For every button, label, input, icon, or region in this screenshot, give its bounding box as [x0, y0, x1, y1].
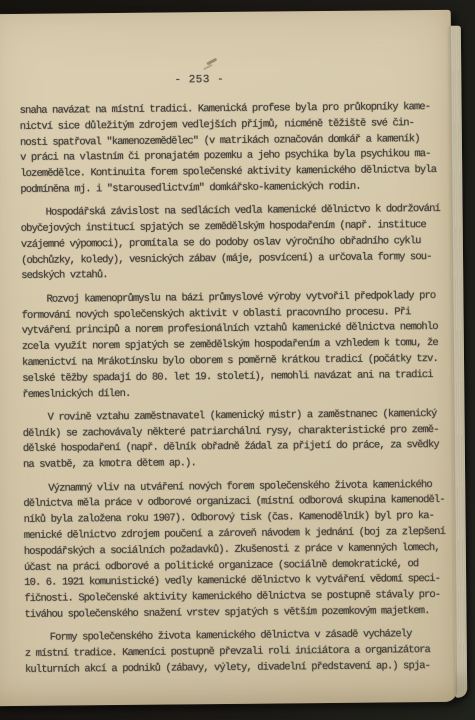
- book-fore-edge: [449, 26, 467, 698]
- paragraph-vyznamny-vliv: Významný vliv na utváření nových forem s…: [23, 477, 445, 623]
- paragraph-rozvoj-kamenoprumyslu: Rozvoj kamenoprůmyslu na bázi průmyslové…: [21, 289, 443, 404]
- page-number: - 253 -: [0, 72, 411, 88]
- paragraph-hospodarska-zavislost: Hospodářská závislost na sedlácích vedla…: [21, 202, 443, 285]
- paragraph-v-rovine-vztahu: V rovině vztahu zaměstnavatel (kamenický…: [22, 407, 444, 474]
- paragraph-continuation: snaha navázat na místní tradici. Kamenic…: [20, 100, 442, 199]
- body-text: snaha navázat na místní tradici. Kamenic…: [20, 100, 447, 686]
- scanned-page: - 253 - snaha navázat na místní tradici.…: [0, 10, 457, 706]
- pencil-smudge: [206, 58, 217, 65]
- paragraph-formy-spolecenskeho-zivota: Formy společenského života kamenického d…: [25, 627, 446, 678]
- scan-background: - 253 - snaha navázat na místní tradici.…: [0, 0, 475, 720]
